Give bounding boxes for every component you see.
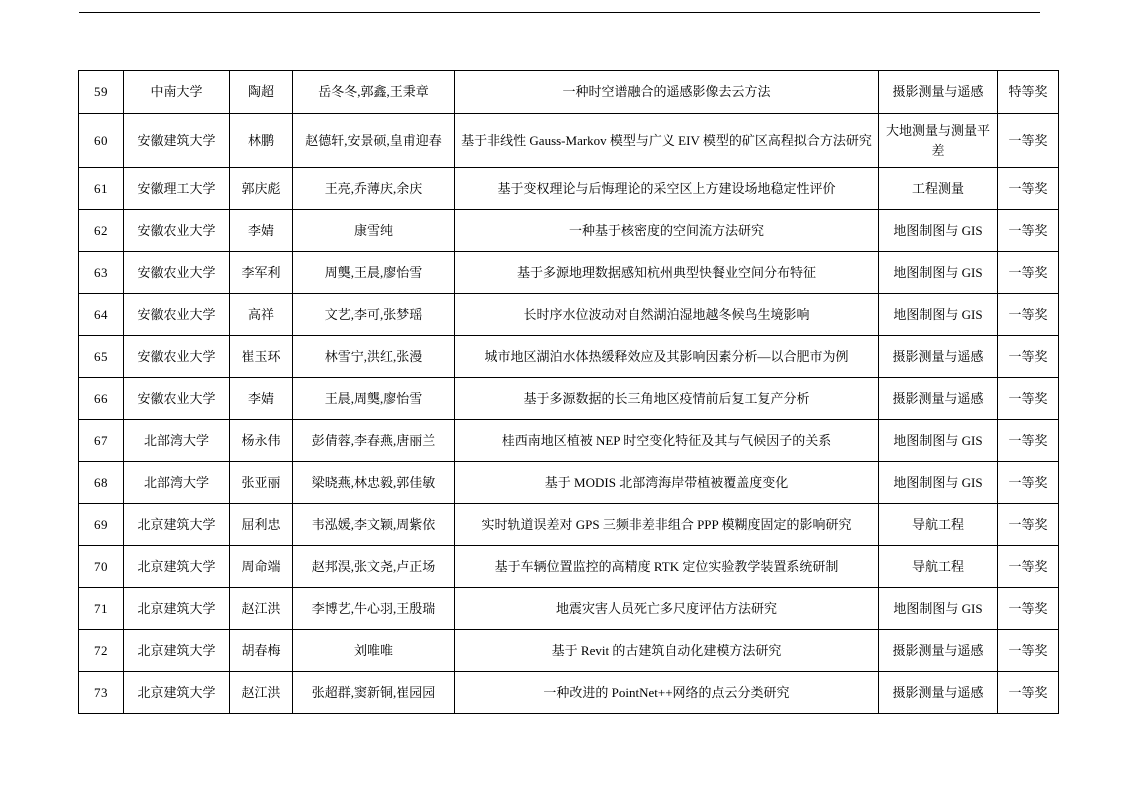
cell-advisor: 屈利忠 [230, 504, 293, 546]
cell-students: 林雪宁,洪红,张漫 [293, 336, 455, 378]
cell-students: 赵邦淏,张文尧,卢正场 [293, 546, 455, 588]
cell-title: 基于多源数据的长三角地区疫情前后复工复产分析 [455, 378, 879, 420]
cell-award: 一等奖 [998, 336, 1059, 378]
cell-university: 北京建筑大学 [124, 546, 230, 588]
cell-title: 基于变权理论与后悔理论的采空区上方建设场地稳定性评价 [455, 168, 879, 210]
cell-category: 地图制图与 GIS [879, 462, 998, 504]
cell-award: 一等奖 [998, 210, 1059, 252]
cell-category: 摄影测量与遥感 [879, 630, 998, 672]
cell-category: 导航工程 [879, 546, 998, 588]
cell-title: 一种基于核密度的空间流方法研究 [455, 210, 879, 252]
table-row: 68 北部湾大学 张亚丽 梁晓燕,林忠毅,郭佳敏 基于 MODIS 北部湾海岸带… [79, 462, 1059, 504]
table-row: 69 北京建筑大学 屈利忠 韦泓媛,李文颖,周紫依 实时轨道误差对 GPS 三频… [79, 504, 1059, 546]
cell-no: 72 [79, 630, 124, 672]
table-row: 59 中南大学 陶超 岳冬冬,郭鑫,王秉章 一种时空谱融合的遥感影像去云方法 摄… [79, 71, 1059, 114]
cell-students: 王亮,乔薄庆,余庆 [293, 168, 455, 210]
cell-university: 北京建筑大学 [124, 504, 230, 546]
cell-title: 地震灾害人员死亡多尺度评估方法研究 [455, 588, 879, 630]
cell-students: 梁晓燕,林忠毅,郭佳敏 [293, 462, 455, 504]
cell-advisor: 崔玉环 [230, 336, 293, 378]
cell-title: 基于车辆位置监控的高精度 RTK 定位实验教学装置系统研制 [455, 546, 879, 588]
cell-category: 摄影测量与遥感 [879, 378, 998, 420]
table-row: 71 北京建筑大学 赵江洪 李博艺,牛心羽,王殷瑞 地震灾害人员死亡多尺度评估方… [79, 588, 1059, 630]
cell-category: 摄影测量与遥感 [879, 71, 998, 114]
cell-advisor: 赵江洪 [230, 672, 293, 714]
document-page: 59 中南大学 陶超 岳冬冬,郭鑫,王秉章 一种时空谱融合的遥感影像去云方法 摄… [0, 0, 1123, 794]
page-break-rule [79, 12, 1040, 13]
cell-no: 63 [79, 252, 124, 294]
cell-university: 安徽农业大学 [124, 252, 230, 294]
cell-award: 一等奖 [998, 168, 1059, 210]
table-row: 72 北京建筑大学 胡春梅 刘唯唯 基于 Revit 的古建筑自动化建模方法研究… [79, 630, 1059, 672]
cell-title: 基于 Revit 的古建筑自动化建模方法研究 [455, 630, 879, 672]
cell-university: 中南大学 [124, 71, 230, 114]
cell-no: 73 [79, 672, 124, 714]
table-row: 66 安徽农业大学 李婧 王晨,周龑,廖怡雪 基于多源数据的长三角地区疫情前后复… [79, 378, 1059, 420]
cell-advisor: 李婧 [230, 378, 293, 420]
cell-students: 彭倩蓉,李春燕,唐丽兰 [293, 420, 455, 462]
cell-advisor: 高祥 [230, 294, 293, 336]
cell-category: 大地测量与测量平差 [879, 114, 998, 168]
cell-university: 安徽建筑大学 [124, 114, 230, 168]
table-row: 60 安徽建筑大学 林鹏 赵德轩,安景硕,皇甫迎春 基于非线性 Gauss-Ma… [79, 114, 1059, 168]
cell-award: 一等奖 [998, 504, 1059, 546]
cell-university: 北京建筑大学 [124, 588, 230, 630]
cell-no: 65 [79, 336, 124, 378]
cell-no: 60 [79, 114, 124, 168]
cell-advisor: 杨永伟 [230, 420, 293, 462]
cell-title: 城市地区湖泊水体热缓释效应及其影响因素分析—以合肥市为例 [455, 336, 879, 378]
cell-award: 一等奖 [998, 672, 1059, 714]
cell-no: 69 [79, 504, 124, 546]
cell-advisor: 张亚丽 [230, 462, 293, 504]
cell-university: 北京建筑大学 [124, 630, 230, 672]
cell-award: 一等奖 [998, 462, 1059, 504]
cell-students: 赵德轩,安景硕,皇甫迎春 [293, 114, 455, 168]
cell-category: 地图制图与 GIS [879, 420, 998, 462]
cell-university: 安徽农业大学 [124, 210, 230, 252]
cell-no: 59 [79, 71, 124, 114]
cell-category: 地图制图与 GIS [879, 210, 998, 252]
cell-category: 工程测量 [879, 168, 998, 210]
cell-students: 王晨,周龑,廖怡雪 [293, 378, 455, 420]
cell-students: 周龑,王晨,廖怡雪 [293, 252, 455, 294]
cell-award: 一等奖 [998, 630, 1059, 672]
cell-university: 安徽理工大学 [124, 168, 230, 210]
table-row: 73 北京建筑大学 赵江洪 张超群,窦新铜,崔园园 一种改进的 PointNet… [79, 672, 1059, 714]
cell-students: 康雪纯 [293, 210, 455, 252]
cell-no: 70 [79, 546, 124, 588]
cell-award: 一等奖 [998, 588, 1059, 630]
cell-advisor: 陶超 [230, 71, 293, 114]
cell-students: 刘唯唯 [293, 630, 455, 672]
cell-title: 桂西南地区植被 NEP 时空变化特征及其与气候因子的关系 [455, 420, 879, 462]
table-row: 70 北京建筑大学 周命端 赵邦淏,张文尧,卢正场 基于车辆位置监控的高精度 R… [79, 546, 1059, 588]
cell-category: 摄影测量与遥感 [879, 672, 998, 714]
cell-advisor: 郭庆彪 [230, 168, 293, 210]
cell-category: 导航工程 [879, 504, 998, 546]
cell-category: 地图制图与 GIS [879, 294, 998, 336]
cell-advisor: 胡春梅 [230, 630, 293, 672]
cell-title: 长时序水位波动对自然湖泊湿地越冬候鸟生境影响 [455, 294, 879, 336]
table-row: 63 安徽农业大学 李军利 周龑,王晨,廖怡雪 基于多源地理数据感知杭州典型快餐… [79, 252, 1059, 294]
cell-no: 66 [79, 378, 124, 420]
awards-table: 59 中南大学 陶超 岳冬冬,郭鑫,王秉章 一种时空谱融合的遥感影像去云方法 摄… [78, 70, 1059, 714]
cell-title: 实时轨道误差对 GPS 三频非差非组合 PPP 模糊度固定的影响研究 [455, 504, 879, 546]
cell-award: 一等奖 [998, 378, 1059, 420]
cell-no: 71 [79, 588, 124, 630]
cell-no: 62 [79, 210, 124, 252]
cell-students: 岳冬冬,郭鑫,王秉章 [293, 71, 455, 114]
table-row: 64 安徽农业大学 高祥 文艺,李可,张梦瑶 长时序水位波动对自然湖泊湿地越冬候… [79, 294, 1059, 336]
cell-category: 地图制图与 GIS [879, 252, 998, 294]
cell-students: 李博艺,牛心羽,王殷瑞 [293, 588, 455, 630]
cell-university: 北部湾大学 [124, 420, 230, 462]
cell-title: 一种改进的 PointNet++网络的点云分类研究 [455, 672, 879, 714]
cell-title: 一种时空谱融合的遥感影像去云方法 [455, 71, 879, 114]
cell-students: 韦泓媛,李文颖,周紫依 [293, 504, 455, 546]
cell-title: 基于非线性 Gauss-Markov 模型与广义 EIV 模型的矿区高程拟合方法… [455, 114, 879, 168]
cell-advisor: 林鹏 [230, 114, 293, 168]
cell-award: 一等奖 [998, 546, 1059, 588]
cell-title: 基于多源地理数据感知杭州典型快餐业空间分布特征 [455, 252, 879, 294]
cell-no: 68 [79, 462, 124, 504]
cell-advisor: 周命端 [230, 546, 293, 588]
cell-no: 61 [79, 168, 124, 210]
cell-no: 64 [79, 294, 124, 336]
cell-award: 一等奖 [998, 114, 1059, 168]
table-row: 62 安徽农业大学 李婧 康雪纯 一种基于核密度的空间流方法研究 地图制图与 G… [79, 210, 1059, 252]
cell-award: 一等奖 [998, 294, 1059, 336]
cell-advisor: 李军利 [230, 252, 293, 294]
awards-table-body: 59 中南大学 陶超 岳冬冬,郭鑫,王秉章 一种时空谱融合的遥感影像去云方法 摄… [79, 71, 1059, 714]
cell-award: 一等奖 [998, 420, 1059, 462]
cell-advisor: 赵江洪 [230, 588, 293, 630]
cell-no: 67 [79, 420, 124, 462]
cell-award: 一等奖 [998, 252, 1059, 294]
table-row: 67 北部湾大学 杨永伟 彭倩蓉,李春燕,唐丽兰 桂西南地区植被 NEP 时空变… [79, 420, 1059, 462]
cell-title: 基于 MODIS 北部湾海岸带植被覆盖度变化 [455, 462, 879, 504]
cell-students: 张超群,窦新铜,崔园园 [293, 672, 455, 714]
cell-university: 北京建筑大学 [124, 672, 230, 714]
table-row: 65 安徽农业大学 崔玉环 林雪宁,洪红,张漫 城市地区湖泊水体热缓释效应及其影… [79, 336, 1059, 378]
cell-category: 地图制图与 GIS [879, 588, 998, 630]
table-row: 61 安徽理工大学 郭庆彪 王亮,乔薄庆,余庆 基于变权理论与后悔理论的采空区上… [79, 168, 1059, 210]
cell-advisor: 李婧 [230, 210, 293, 252]
cell-university: 安徽农业大学 [124, 378, 230, 420]
cell-university: 北部湾大学 [124, 462, 230, 504]
cell-category: 摄影测量与遥感 [879, 336, 998, 378]
cell-university: 安徽农业大学 [124, 336, 230, 378]
cell-students: 文艺,李可,张梦瑶 [293, 294, 455, 336]
cell-award: 特等奖 [998, 71, 1059, 114]
cell-university: 安徽农业大学 [124, 294, 230, 336]
